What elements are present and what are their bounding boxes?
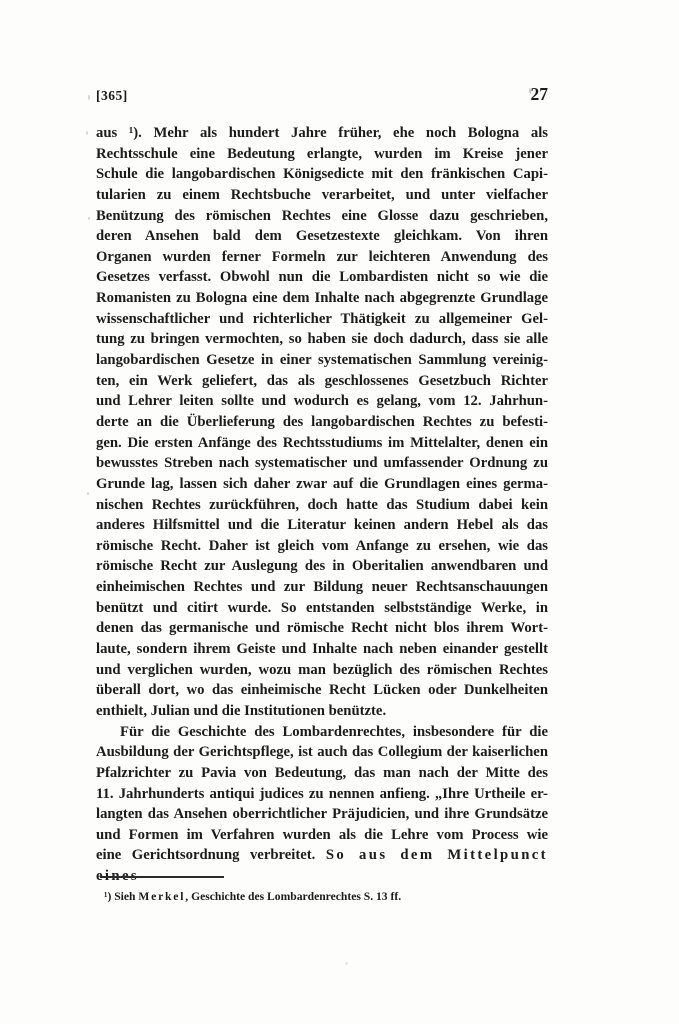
text-segment: Grunde lag, lassen sich daher zwar auf d… bbox=[96, 476, 548, 492]
text-line: 11. Jahrhunderts antiqui judices zu nenn… bbox=[96, 784, 548, 805]
text-segment: römische Recht zur Auslegung des in Ober… bbox=[96, 558, 548, 574]
text-line: benützt und citirt wurde. So entstanden … bbox=[96, 598, 548, 619]
scan-speck bbox=[88, 95, 90, 100]
scan-speck bbox=[345, 962, 348, 965]
scan-speck bbox=[88, 217, 90, 220]
text-line: Gesetzes verfasst. Obwohl nun die Lombar… bbox=[96, 267, 548, 288]
text-segment: eine Gerichtsordnung verbreitet. bbox=[96, 847, 326, 863]
page-number: 27 bbox=[531, 84, 549, 105]
text-segment: Organen wurden ferner Formeln zur leicht… bbox=[96, 249, 548, 265]
text-segment: bewusstes Streben nach systematischer un… bbox=[96, 455, 548, 471]
text-line: denen das germanische und römische Recht… bbox=[96, 618, 548, 639]
text-segment: 11. Jahrhunderts antiqui judices zu nenn… bbox=[96, 786, 548, 802]
text-segment: und verglichen wurden, wozu man bezüglic… bbox=[96, 662, 548, 678]
text-segment: Ausbildung der Gerichtspflege, ist auch … bbox=[96, 744, 548, 760]
text-segment: nischen Rechtes zurückführen, doch hatte… bbox=[96, 497, 548, 513]
text-line: Für die Geschichte des Lombardenrechtes,… bbox=[96, 722, 548, 743]
text-line: Romanisten zu Bologna eine dem Inhalte n… bbox=[96, 288, 548, 309]
text-segment: benützt und citirt wurde. So entstanden … bbox=[96, 600, 548, 616]
footnote: ¹) Sieh Merkel, Geschichte des Lombarden… bbox=[104, 889, 544, 905]
text-segment: und Lehrer leiten sollte und wodurch es … bbox=[96, 393, 548, 409]
text-line: und verglichen wurden, wozu man bezüglic… bbox=[96, 660, 548, 681]
text-line: tularien zu einem Rechtsbuche verarbeite… bbox=[96, 185, 548, 206]
text-line: laute, sondern ihrem Geiste und Inhalte … bbox=[96, 639, 548, 660]
text-line: tung zu bringen vermochten, so haben sie… bbox=[96, 329, 548, 350]
text-line: einheimischen Rechtes und zur Bildung ne… bbox=[96, 577, 548, 598]
text-segment: langobardischen Gesetze in einer systema… bbox=[96, 352, 548, 368]
text-line: Ausbildung der Gerichtspflege, ist auch … bbox=[96, 742, 548, 763]
text-segment: Benützung des römischen Rechtes eine Glo… bbox=[96, 208, 548, 224]
scan-speck bbox=[86, 131, 88, 135]
text-line: deren Ansehen bald dem Gesetzestexte gle… bbox=[96, 226, 548, 247]
text-segment: und Formen im Verfahren wurden als die L… bbox=[96, 827, 548, 843]
text-segment: Pfalzrichter zu Pavia von Bedeutung, das… bbox=[96, 765, 548, 781]
text-line: eine Gerichtsordnung verbreitet. So aus … bbox=[96, 845, 548, 866]
text-segment: deren Ansehen bald dem Gesetzestexte gle… bbox=[96, 228, 548, 244]
text-segment: derte an die Überlieferung des langobard… bbox=[96, 414, 548, 430]
text-line: ¹) Sieh Merkel, Geschichte des Lombarden… bbox=[104, 889, 544, 905]
text-segment: Rechtsschule eine Bedeutung erlangte, wu… bbox=[96, 146, 548, 162]
text-segment: überall dort, wo das einheimische Recht … bbox=[96, 682, 548, 698]
footnote-rule bbox=[100, 876, 224, 878]
text-line: Pfalzrichter zu Pavia von Bedeutung, das… bbox=[96, 763, 548, 784]
scan-speck bbox=[529, 88, 531, 94]
text-line: nischen Rechtes zurückführen, doch hatte… bbox=[96, 495, 548, 516]
text-segment: tung zu bringen vermochten, so haben sie… bbox=[96, 331, 548, 347]
text-segment: Romanisten zu Bologna eine dem Inhalte n… bbox=[96, 290, 548, 306]
text-line: römische Recht zur Auslegung des in Ober… bbox=[96, 556, 548, 577]
text-line: römische Recht. Daher ist gleich vom Anf… bbox=[96, 536, 548, 557]
text-segment: anderes Hilfsmittel und die Literatur ke… bbox=[96, 517, 548, 533]
text-segment: denen das germanische und römische Recht… bbox=[96, 620, 548, 636]
text-segment: enthielt, Julian und die Institutionen b… bbox=[96, 703, 386, 719]
scan-speck bbox=[87, 492, 89, 495]
text-segment: Gesetzes verfasst. Obwohl nun die Lombar… bbox=[96, 269, 548, 285]
body-text-block: aus ¹). Mehr als hundert Jahre früher, e… bbox=[96, 123, 548, 866]
text-line: Grunde lag, lassen sich daher zwar auf d… bbox=[96, 474, 548, 495]
text-line: ten, ein Werk geliefert, das als geschlo… bbox=[96, 371, 548, 392]
text-segment: Für die Geschichte des Lombardenrechtes,… bbox=[120, 724, 548, 740]
text-line: langobardischen Gesetze in einer systema… bbox=[96, 350, 548, 371]
letterspaced-text: Merkel bbox=[138, 890, 185, 903]
text-segment: , Geschichte des Lombardenrechtes S. 13 … bbox=[185, 890, 401, 903]
text-segment: einheimischen Rechtes und zur Bildung ne… bbox=[96, 579, 548, 595]
text-line: überall dort, wo das einheimische Recht … bbox=[96, 680, 548, 701]
text-line: Organen wurden ferner Formeln zur leicht… bbox=[96, 247, 548, 268]
text-segment: langten das Ansehen oberrichtlicher Präj… bbox=[96, 806, 548, 822]
text-segment: laute, sondern ihrem Geiste und Inhalte … bbox=[96, 641, 548, 657]
text-segment: gen. Die ersten Anfänge des Rechtsstudiu… bbox=[96, 435, 548, 451]
text-segment: römische Recht. Daher ist gleich vom Anf… bbox=[96, 538, 548, 554]
text-line: Benützung des römischen Rechtes eine Glo… bbox=[96, 206, 548, 227]
text-line: und Lehrer leiten sollte und wodurch es … bbox=[96, 391, 548, 412]
sheet-signature: [365] bbox=[96, 88, 128, 104]
book-page: [365] 27 aus ¹). Mehr als hundert Jahre … bbox=[0, 0, 679, 1024]
text-line: aus ¹). Mehr als hundert Jahre früher, e… bbox=[96, 123, 548, 144]
text-segment: wissenschaftlicher und richterlicher Thä… bbox=[96, 311, 548, 327]
text-segment: Schule die langobardischen Königsedicte … bbox=[96, 166, 548, 182]
text-line: enthielt, Julian und die Institutionen b… bbox=[96, 701, 548, 722]
text-line: anderes Hilfsmittel und die Literatur ke… bbox=[96, 515, 548, 536]
page-header: [365] 27 bbox=[96, 84, 548, 105]
text-line: bewusstes Streben nach systematischer un… bbox=[96, 453, 548, 474]
text-segment: tularien zu einem Rechtsbuche verarbeite… bbox=[96, 187, 548, 203]
text-segment: ¹) Sieh bbox=[104, 890, 138, 903]
text-line: derte an die Überlieferung des langobard… bbox=[96, 412, 548, 433]
text-line: langten das Ansehen oberrichtlicher Präj… bbox=[96, 804, 548, 825]
text-line: Schule die langobardischen Königsedicte … bbox=[96, 164, 548, 185]
text-line: Rechtsschule eine Bedeutung erlangte, wu… bbox=[96, 144, 548, 165]
text-line: wissenschaftlicher und richterlicher Thä… bbox=[96, 309, 548, 330]
text-line: gen. Die ersten Anfänge des Rechtsstudiu… bbox=[96, 433, 548, 454]
text-segment: aus ¹). Mehr als hundert Jahre früher, e… bbox=[96, 125, 548, 141]
text-segment: ten, ein Werk geliefert, das als geschlo… bbox=[96, 373, 548, 389]
text-line: und Formen im Verfahren wurden als die L… bbox=[96, 825, 548, 846]
